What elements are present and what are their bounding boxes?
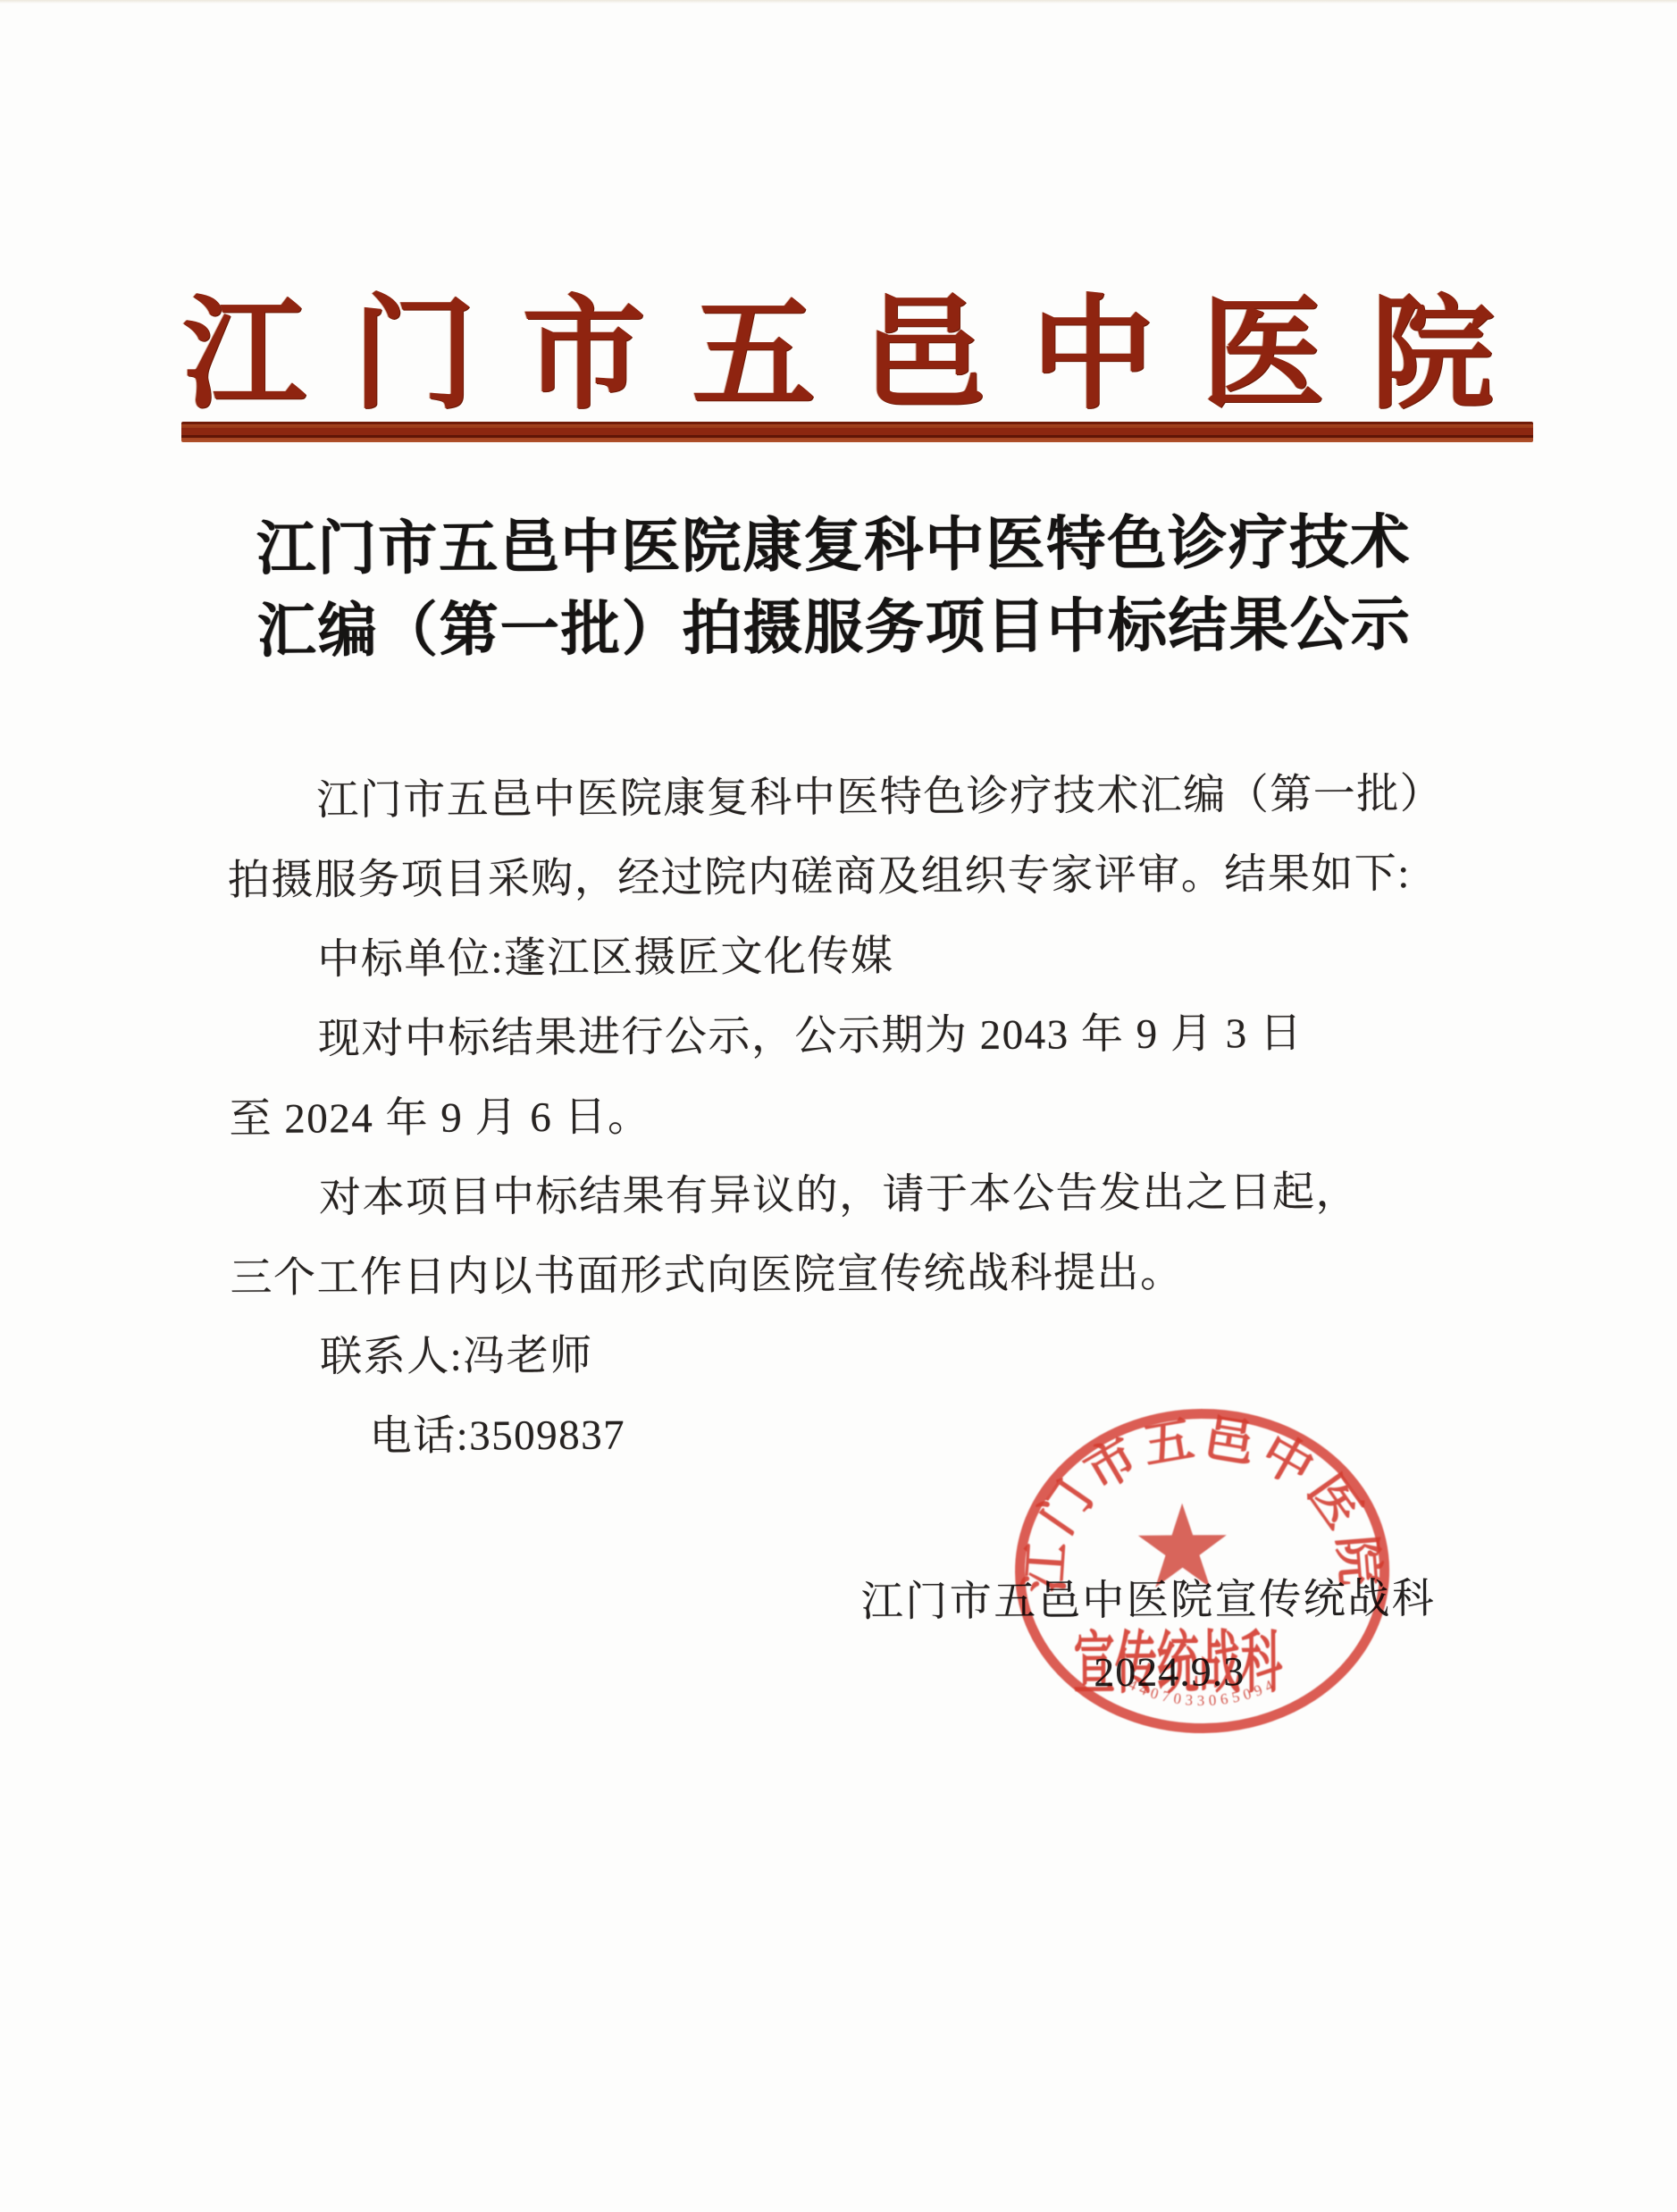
document-title-line2: 汇编（第一批）拍摄服务项目中标结果公示: [0, 581, 1673, 673]
body-line: 中标单位:蓬江区摄匠文化传媒: [228, 914, 1480, 1001]
body-line: 三个工作日内以书面形式向医院宣传统战科提出。: [230, 1232, 1481, 1320]
scanned-document-page: 江门市五邑中医院 江门市五邑中医院康复科中医特色诊疗技术 汇编（第一批）拍摄服务…: [0, 0, 1677, 2212]
body-line: 至 2024 年 9 月 6 日。: [229, 1073, 1480, 1160]
document-title-line1: 江门市五邑中医院康复科中医特色诊疗技术: [0, 499, 1673, 591]
official-seal-stamp: 江门市五邑中医院 宣传统战科 4407033065094: [1004, 1404, 1399, 1739]
body-line: 江门市五邑中医院康复科中医特色诊疗技术汇编（第一批）: [227, 755, 1479, 842]
document-content: 江门市五邑中医院康复科中医特色诊疗技术 汇编（第一批）拍摄服务项目中标结果公示 …: [0, 0, 1677, 2212]
body-line: 对本项目中标结果有异议的，请于本公告发出之日起，: [230, 1152, 1481, 1240]
body-paragraphs: 江门市五邑中医院康复科中医特色诊疗技术汇编（第一批） 拍摄服务项目采购，经过院内…: [227, 755, 1482, 1479]
body-line: 联系人:冯老师: [231, 1311, 1482, 1399]
stamp-star: [1138, 1503, 1228, 1588]
body-line: 现对中标结果进行公示，公示期为 2043 年 9 月 3 日: [229, 993, 1480, 1081]
body-line: 拍摄服务项目采购，经过院内磋商及组织专家评审。结果如下:: [228, 834, 1480, 922]
document-title: 江门市五邑中医院康复科中医特色诊疗技术 汇编（第一批）拍摄服务项目中标结果公示: [0, 499, 1673, 673]
